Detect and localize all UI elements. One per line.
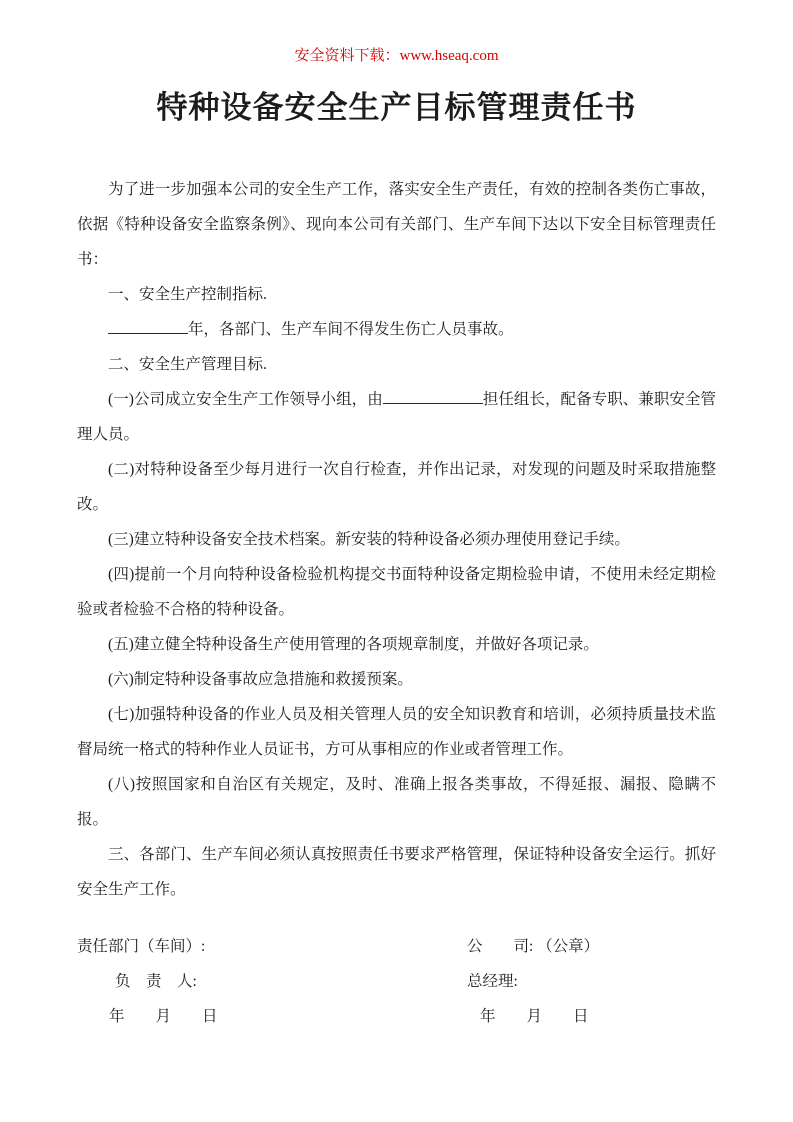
responsible-department-label: 责任部门（车间）: (77, 929, 467, 964)
paragraph: (五)建立健全特种设备生产使用管理的各项规章制度，并做好各项记录。 (77, 627, 716, 662)
general-manager-label: 总经理: (467, 964, 716, 999)
paragraph: (七)加强特种设备的作业人员及相关管理人员的安全知识教育和培训，必须持质量技术监… (77, 697, 716, 767)
signature-col-department: 责任部门（车间）: 负 责 人: 年 月 日 (77, 929, 467, 1034)
paragraph: 年，各部门、生产车间不得发生伤亡人员事故。 (77, 312, 716, 347)
fill-in-blank[interactable] (383, 387, 483, 404)
download-site-link[interactable]: 安全资料下载：www.hseaq.com (294, 48, 498, 64)
person-in-charge-label: 负 责 人: (77, 964, 467, 999)
document-body: 为了进一步加强本公司的安全生产工作，落实安全生产责任，有效的控制各类伤亡事故，依… (77, 172, 716, 907)
paragraph: (四)提前一个月向特种设备检验机构提交书面特种设备定期检验申请，不使用未经定期检… (77, 557, 716, 627)
paragraph: 为了进一步加强本公司的安全生产工作，落实安全生产责任，有效的控制各类伤亡事故，依… (77, 172, 716, 277)
paragraph: (八)按照国家和自治区有关规定，及时、准确上报各类事故，不得延报、漏报、隐瞒不报… (77, 767, 716, 837)
paragraph: 一、安全生产控制指标. (77, 277, 716, 312)
company-seal-label: 公 司: （公章） (467, 929, 716, 964)
paragraph: 二、安全生产管理目标. (77, 347, 716, 382)
signature-col-company: 公 司: （公章） 总经理: 年 月 日 (467, 929, 716, 1034)
signature-block: 责任部门（车间）: 负 责 人: 年 月 日 公 司: （公章） 总经理: 年 … (77, 929, 716, 1034)
paragraph: (六)制定特种设备事故应急措施和救援预案。 (77, 662, 716, 697)
document-page: 安全资料下载：www.hseaq.com 特种设备安全生产目标管理责任书 为了进… (0, 0, 793, 1122)
paragraph: (一)公司成立安全生产工作领导小组，由担任组长，配备专职、兼职安全管理人员。 (77, 382, 716, 452)
page-title: 特种设备安全生产目标管理责任书 (77, 88, 716, 128)
watermark-header: 安全资料下载：www.hseaq.com (77, 46, 716, 66)
date-line-left: 年 月 日 (77, 999, 467, 1034)
paragraph: (三)建立特种设备安全技术档案。新安装的特种设备必须办理使用登记手续。 (77, 522, 716, 557)
fill-in-blank[interactable] (108, 317, 188, 334)
paragraph: 三、各部门、生产车间必须认真按照责任书要求严格管理，保证特种设备安全运行。抓好安… (77, 837, 716, 907)
paragraph: (二)对特种设备至少每月进行一次自行检查，并作出记录，对发现的问题及时采取措施整… (77, 452, 716, 522)
date-line-right: 年 月 日 (467, 999, 716, 1034)
